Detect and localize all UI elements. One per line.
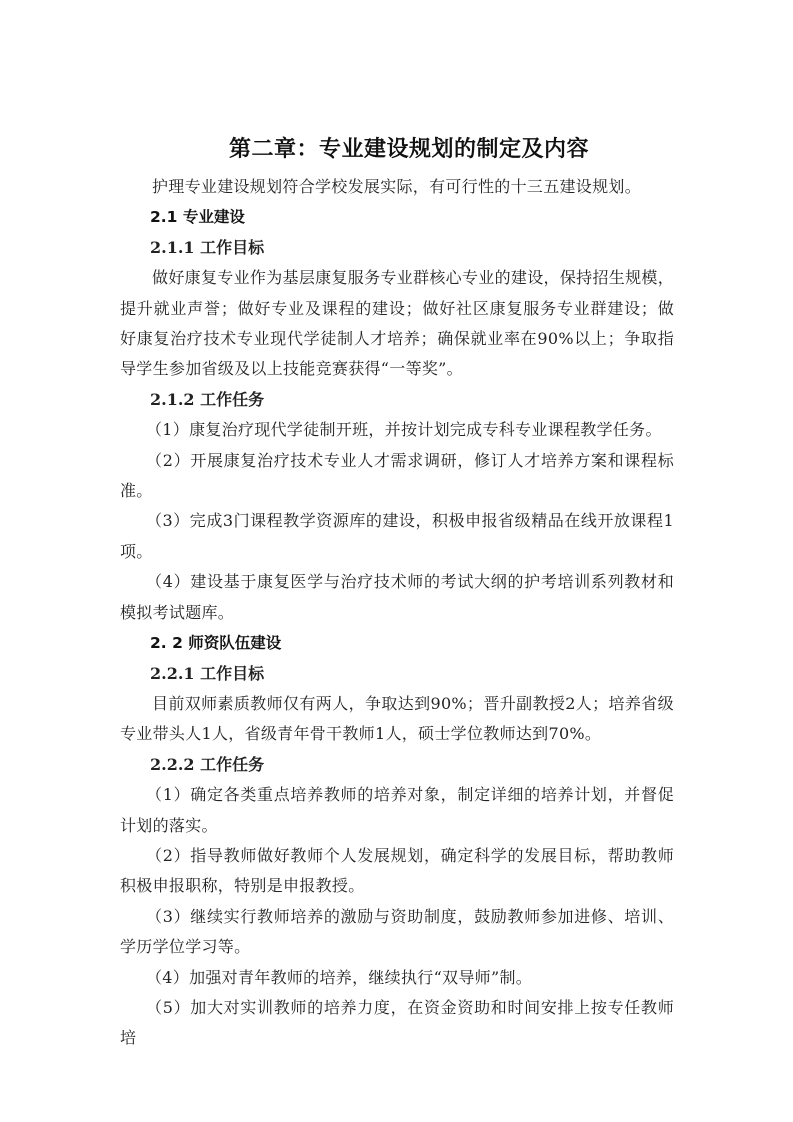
task-item: （1）康复治疗现代学徒制开班，并按计划完成专科专业课程教学任务。 — [120, 415, 674, 445]
document-page: 第二章：专业建设规划的制定及内容 护理专业建设规划符合学校发展实际，有可行性的十… — [120, 134, 674, 1054]
task-item: （1）确定各类重点培养教师的培养对象，制定详细的培养计划，并督促计划的落实。 — [120, 780, 674, 841]
goal-paragraph: 目前双师素质教师仅有两人，争取达到90%；晋升副教授2人；培养省级专业带头人1人… — [120, 689, 674, 750]
task-item: （3）完成3门课程教学资源库的建设，积极申报省级精品在线开放课程1项。 — [120, 506, 674, 567]
subsection-heading: 2.2.1 工作目标 — [120, 659, 674, 689]
task-item: （3）继续实行教师培养的激励与资助制度，鼓励教师参加进修、培训、学历学位学习等。 — [120, 902, 674, 963]
task-item: （4）建设基于康复医学与治疗技术师的考试大纲的护考培训系列教材和模拟考试题库。 — [120, 567, 674, 628]
section-heading: 2.1 专业建设 — [120, 202, 674, 232]
chapter-title: 第二章：专业建设规划的制定及内容 — [120, 134, 674, 166]
task-item: （5）加大对实训教师的培养力度，在资金资助和时间安排上按专任教师培 — [120, 993, 674, 1054]
task-item: （2）开展康复治疗技术专业人才需求调研，修订人才培养方案和课程标准。 — [120, 446, 674, 507]
goal-paragraph: 做好康复专业作为基层康复服务专业群核心专业的建设，保持招生规模，提升就业声誉；做… — [120, 263, 674, 385]
subsection-heading: 2.1.2 工作任务 — [120, 385, 674, 415]
subsection-heading: 2.2.2 工作任务 — [120, 750, 674, 780]
task-item: （4）加强对青年教师的培养，继续执行“双导师”制。 — [120, 963, 674, 993]
task-item: （2）指导教师做好教师个人发展规划，确定科学的发展目标，帮助教师积极申报职称，特… — [120, 841, 674, 902]
subsection-heading: 2.1.1 工作目标 — [120, 233, 674, 263]
section-faculty-construction: 2. 2 师资队伍建设 2.2.1 工作目标 目前双师素质教师仅有两人，争取达到… — [120, 628, 674, 1054]
intro-paragraph: 护理专业建设规划符合学校发展实际，有可行性的十三五建设规划。 — [120, 172, 674, 202]
section-professional-construction: 2.1 专业建设 2.1.1 工作目标 做好康复专业作为基层康复服务专业群核心专… — [120, 202, 674, 628]
section-heading: 2. 2 师资队伍建设 — [120, 628, 674, 658]
